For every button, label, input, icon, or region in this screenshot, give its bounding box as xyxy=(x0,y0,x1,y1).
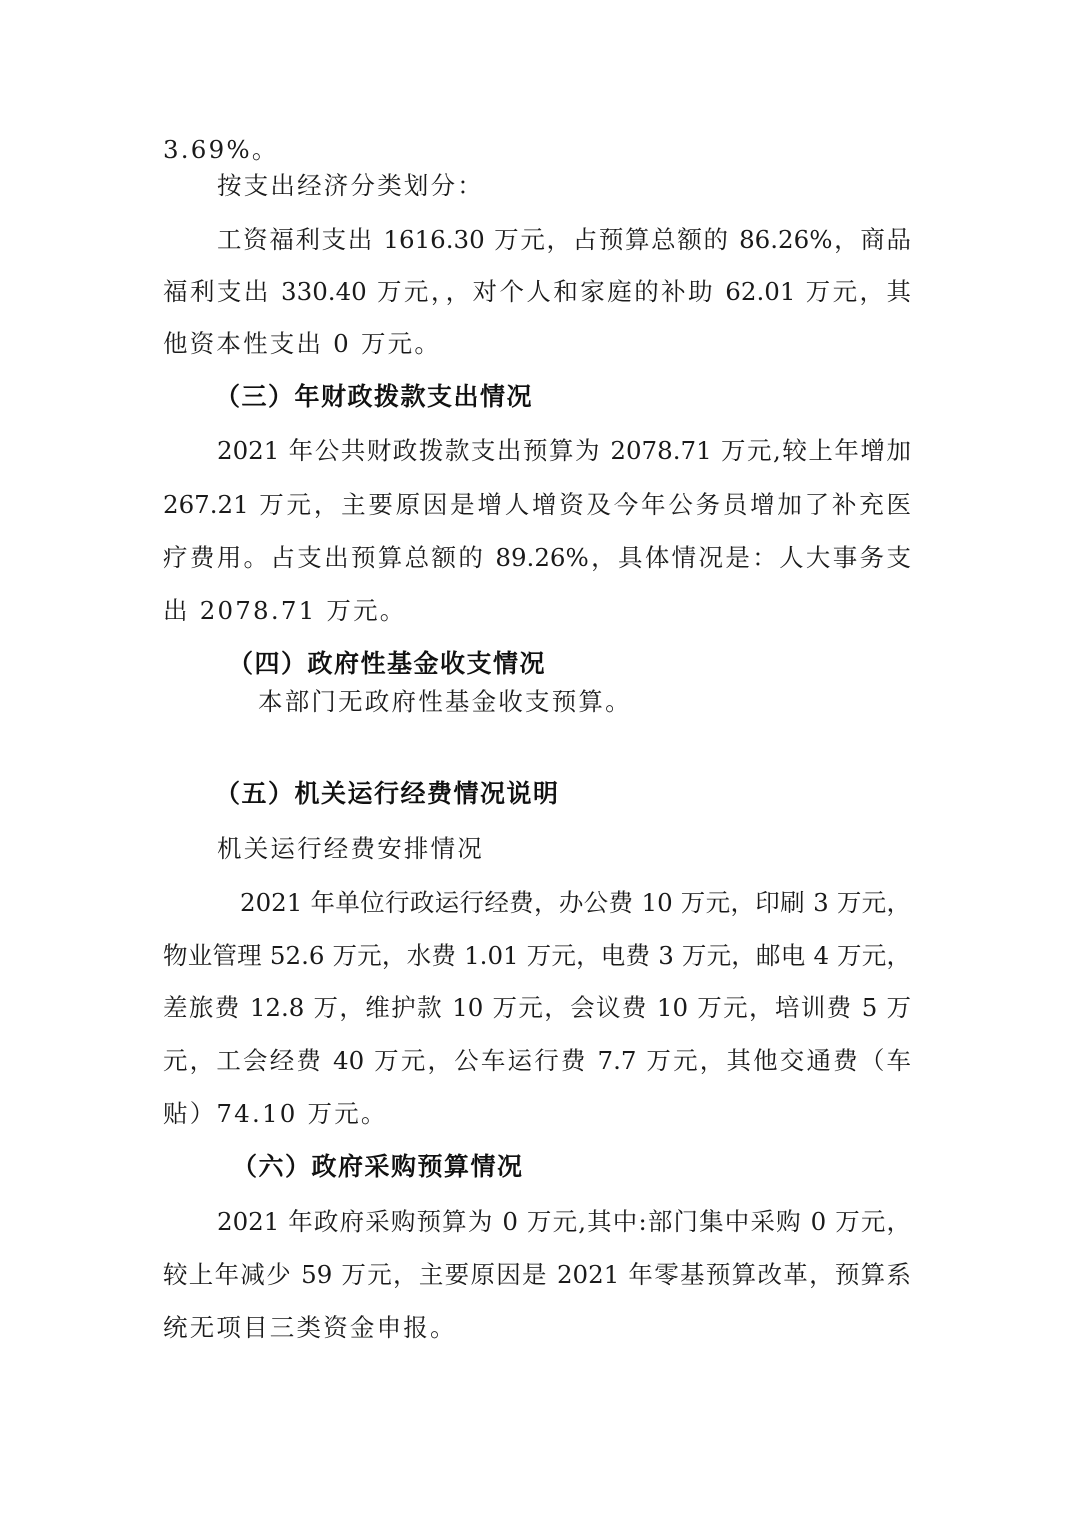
paragraph-line: 工资福利支出 1616.30 万元，占预算总额的 86.26%，商品 xyxy=(217,224,911,256)
paragraph-line: 物业管理 52.6 万元，水费 1.01 万元，电费 3 万元，邮电 4 万元， xyxy=(163,940,911,972)
section-heading-4: （四）政府性基金收支情况 xyxy=(228,648,546,680)
paragraph-line: 较上年减少 59 万元，主要原因是 2021 年零基预算改革，预算系 xyxy=(163,1259,911,1291)
paragraph-line: 3.69%。 xyxy=(163,134,279,166)
paragraph-line: 疗费用。占支出预算总额的 89.26%，具体情况是：人大事务支 xyxy=(163,542,911,574)
paragraph-line: 差旅费 12.8 万，维护款 10 万元，会议费 10 万元，培训费 5 万 xyxy=(163,992,911,1024)
section-heading-3: （三）年财政拨款支出情况 xyxy=(215,381,533,413)
paragraph-line: 本部门无政府性基金收支预算。 xyxy=(258,686,632,718)
paragraph-line: 福利支出 330.40 万元，，对个人和家庭的补助 62.01 万元，其 xyxy=(163,276,911,308)
paragraph-line: 267.21 万元，主要原因是增人增资及今年公务员增加了补充医 xyxy=(163,489,911,521)
section-heading-6: （六）政府采购预算情况 xyxy=(232,1151,524,1183)
paragraph-line: 2021 年公共财政拨款支出预算为 2078.71 万元,较上年增加 xyxy=(217,435,911,467)
paragraph-line: 统无项目三类资金申报。 xyxy=(163,1312,457,1344)
paragraph-line: 2021 年政府采购预算为 0 万元,其中:部门集中采购 0 万元， xyxy=(217,1206,911,1238)
paragraph-line: 元，工会经费 40 万元，公车运行费 7.7 万元，其他交通费（车 xyxy=(163,1045,911,1077)
paragraph-line: 出 2078.71 万元。 xyxy=(163,595,407,627)
paragraph-line: 按支出经济分类划分： xyxy=(217,170,484,202)
paragraph-line: 贴）74.10 万元。 xyxy=(163,1098,388,1130)
paragraph-line: 他资本性支出 0 万元。 xyxy=(163,328,441,360)
section-heading-5: （五）机关运行经费情况说明 xyxy=(215,778,560,810)
paragraph-line: 机关运行经费安排情况 xyxy=(217,833,484,865)
document-page: 3.69%。 按支出经济分类划分： 工资福利支出 1616.30 万元，占预算总… xyxy=(0,0,1074,1520)
paragraph-line: 2021 年单位行政运行经费，办公费 10 万元，印刷 3 万元， xyxy=(240,887,911,919)
